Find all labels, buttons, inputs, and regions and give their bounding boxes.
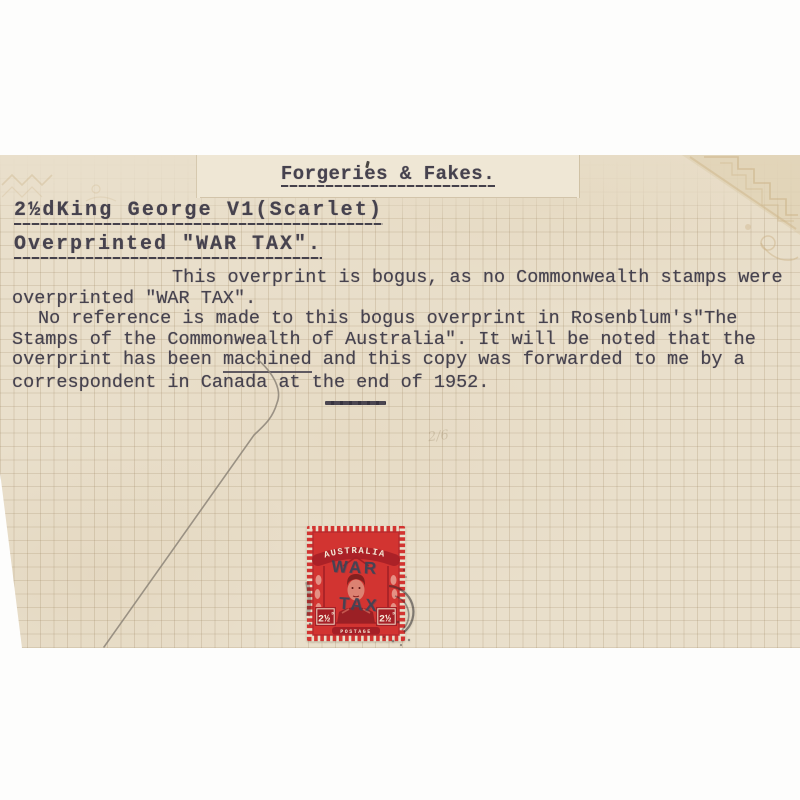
stamp-value: 2½	[318, 614, 330, 626]
value-box-left: 2½ D	[315, 607, 336, 626]
stamp-value: 2½	[379, 614, 391, 626]
typed-separator	[325, 401, 386, 405]
body-text: This overprint is bogus, as no Commonwea…	[12, 268, 800, 393]
postage-label: POSTAGE	[340, 629, 372, 635]
text-segment: overprint has been	[12, 349, 223, 370]
heading-stamp-description: 2½dKing George V1(Scarlet)	[14, 199, 383, 225]
text-line: This overprint is bogus, as no Commonwea…	[12, 268, 800, 289]
text-line: overprint has been machined and this cop…	[12, 350, 800, 373]
heading-2-text: Overprinted "WAR TAX".	[14, 233, 322, 259]
overprint-tax: TAX	[338, 594, 379, 616]
overprint-war: WAR	[331, 557, 379, 578]
corner-ornament-top-right	[620, 155, 800, 275]
heading-1-text: 2½dKing George V1(Scarlet)	[14, 199, 383, 225]
text-line: No reference is made to this bogus overp…	[12, 309, 800, 330]
page-title: Forgeries & Fakes.	[281, 163, 495, 188]
pencil-note: 2/6	[427, 428, 450, 445]
text-segment: and this copy was forwarded to me by a	[312, 349, 745, 370]
album-page: Forgeries & Fakes. 2½dKing George V1(Sca…	[0, 155, 800, 648]
strip-edge-line	[200, 197, 577, 198]
heading-overprint: Overprinted "WAR TAX".	[14, 233, 322, 259]
stamp: AUSTRALIA	[305, 524, 407, 643]
title-strip: Forgeries & Fakes.	[196, 152, 580, 198]
text-line: overprinted "WAR TAX".	[12, 289, 800, 310]
underlined-word: machined	[223, 350, 312, 373]
text-line: correspondent in Canada at the end of 19…	[12, 373, 800, 394]
text-line: Stamps of the Commonwealth of Australia"…	[12, 330, 800, 351]
